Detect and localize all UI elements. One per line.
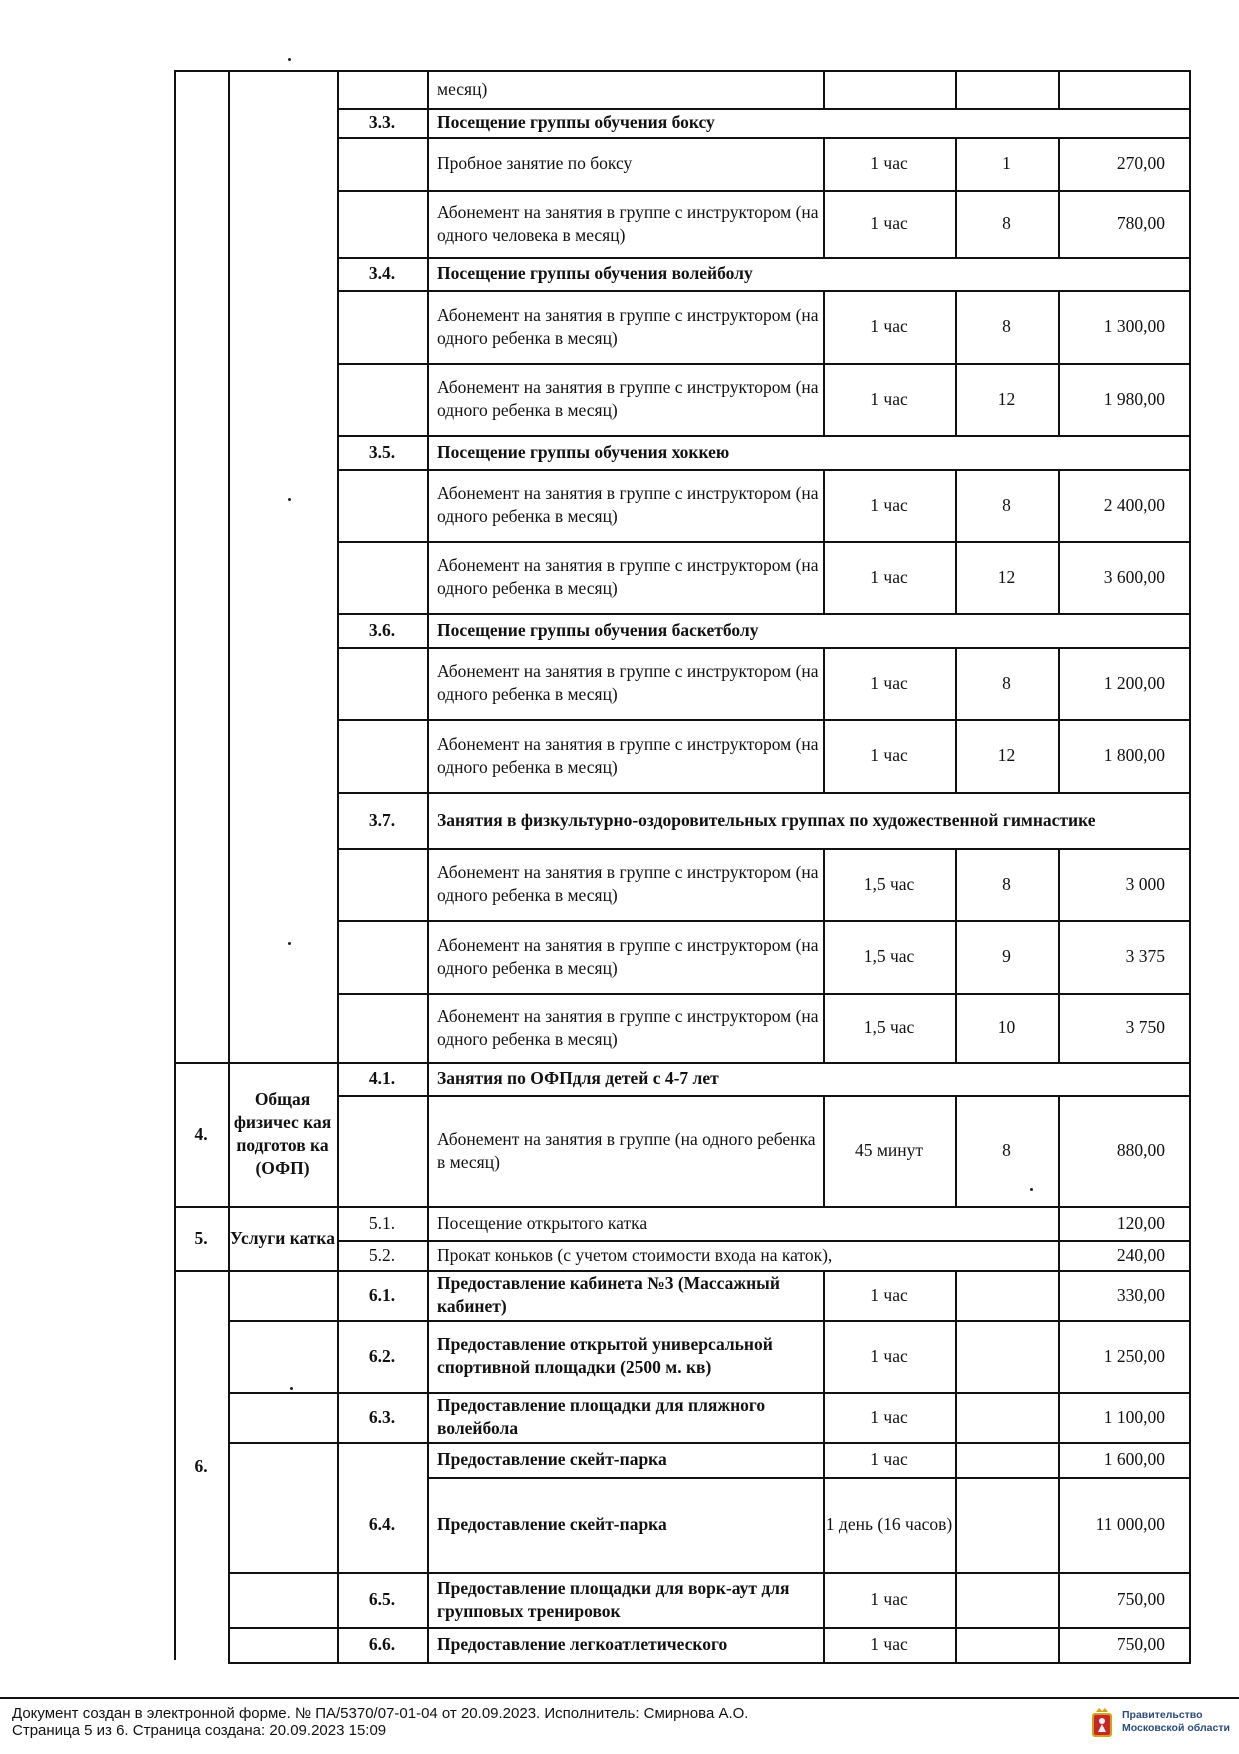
column-border bbox=[823, 1442, 825, 1479]
column-border bbox=[823, 848, 825, 922]
service-description: Предоставление скейт-парка bbox=[427, 1442, 823, 1477]
column-border bbox=[427, 1320, 429, 1394]
service-description: Абонемент на занятия в группе (на одного… bbox=[427, 1095, 823, 1206]
section-number: 5. bbox=[174, 1206, 228, 1270]
column-border bbox=[823, 1572, 825, 1629]
price-cell: 11 000,00 bbox=[1058, 1477, 1189, 1572]
price-cell: 1 300,00 bbox=[1058, 290, 1189, 363]
row-number: 5.2. bbox=[337, 1240, 427, 1270]
column-border bbox=[955, 993, 957, 1064]
column-border bbox=[1058, 70, 1060, 110]
service-description: Абонемент на занятия в группе с инструкт… bbox=[427, 290, 823, 363]
column-border bbox=[955, 1627, 957, 1664]
column-border bbox=[823, 290, 825, 365]
row-number: 3.4. bbox=[337, 257, 427, 290]
section-number: 4. bbox=[174, 1062, 228, 1206]
row-border bbox=[228, 1392, 337, 1394]
column-border bbox=[1058, 1270, 1060, 1322]
merged-cell-cover bbox=[339, 1476, 427, 1480]
column-border bbox=[1058, 541, 1060, 615]
scan-artifact-dot bbox=[1030, 1188, 1033, 1191]
column-border bbox=[955, 1477, 957, 1574]
row-number bbox=[337, 541, 427, 613]
duration-cell: 1 час bbox=[823, 469, 955, 541]
column-border bbox=[427, 1270, 429, 1322]
service-description: Абонемент на занятия в группе с инструкт… bbox=[427, 647, 823, 719]
merged-cell-cover bbox=[230, 1476, 337, 1480]
price-cell: 3 600,00 bbox=[1058, 541, 1189, 613]
column-border bbox=[955, 647, 957, 721]
column-border bbox=[955, 1442, 957, 1479]
column-border bbox=[427, 290, 429, 365]
row-number: 6.2. bbox=[337, 1320, 427, 1392]
column-border bbox=[427, 1442, 429, 1479]
sessions-count-cell bbox=[955, 1392, 1058, 1442]
sessions-count-cell: 8 bbox=[955, 1095, 1058, 1206]
column-border bbox=[955, 848, 957, 922]
duration-cell: 1 час bbox=[823, 719, 955, 792]
column-border bbox=[1058, 1477, 1060, 1574]
sessions-count-cell: 12 bbox=[955, 541, 1058, 613]
duration-cell: 1 день (16 часов) bbox=[823, 1477, 955, 1572]
column-border bbox=[823, 469, 825, 543]
scan-artifact-dot bbox=[288, 498, 291, 501]
column-border bbox=[823, 719, 825, 794]
section-title: Услуги катка bbox=[228, 1206, 337, 1270]
duration-cell: 45 минут bbox=[823, 1095, 955, 1206]
column-border bbox=[427, 541, 429, 615]
duration-cell: 1,5 час bbox=[823, 920, 955, 993]
column-border bbox=[1058, 363, 1060, 437]
column-border bbox=[1058, 1095, 1060, 1208]
column-border bbox=[427, 257, 429, 292]
row-number: 6.3. bbox=[337, 1392, 427, 1442]
column-border bbox=[427, 1627, 429, 1664]
section-heading: Посещение группы обучения боксу bbox=[427, 108, 1189, 137]
sessions-count-cell bbox=[955, 70, 1058, 108]
table-bottom-border bbox=[228, 1662, 1191, 1664]
service-description: Абонемент на занятия в группе с инструкт… bbox=[427, 363, 823, 435]
column-border bbox=[823, 363, 825, 437]
price-cell: 3 000 bbox=[1058, 848, 1189, 920]
column-border bbox=[427, 190, 429, 259]
column-border bbox=[1058, 1320, 1060, 1394]
column-border bbox=[1058, 920, 1060, 995]
column-border bbox=[427, 1240, 429, 1272]
service-description: Предоставление скейт-парка bbox=[427, 1477, 823, 1572]
table-top-border bbox=[174, 70, 1191, 72]
column-border bbox=[337, 70, 339, 1664]
price-cell: 330,00 bbox=[1058, 1270, 1189, 1320]
footer-document-info: Документ создан в электронной форме. № П… bbox=[12, 1705, 748, 1739]
section-title bbox=[228, 1270, 337, 1662]
row-number bbox=[337, 70, 427, 108]
column-border bbox=[1058, 1206, 1060, 1242]
row-number: 3.5. bbox=[337, 435, 427, 469]
duration-cell: 1 час bbox=[823, 363, 955, 435]
column-border bbox=[1058, 290, 1060, 365]
sessions-count-cell: 9 bbox=[955, 920, 1058, 993]
table-right-border bbox=[1189, 70, 1191, 1664]
column-border bbox=[427, 70, 429, 110]
price-cell: 1 600,00 bbox=[1058, 1442, 1189, 1477]
service-description: Абонемент на занятия в группе с инструкт… bbox=[427, 920, 823, 993]
service-description: Предоставление площадки для ворк-аут для… bbox=[427, 1572, 823, 1627]
price-cell: 780,00 bbox=[1058, 190, 1189, 257]
row-border bbox=[228, 1320, 337, 1322]
service-description: Предоставление легкоатлетического bbox=[427, 1627, 823, 1662]
column-border bbox=[823, 647, 825, 721]
column-border bbox=[1058, 1240, 1060, 1272]
row-number: 3.7. bbox=[337, 792, 427, 848]
scan-artifact-dot bbox=[290, 1387, 293, 1390]
duration-cell: 1 час bbox=[823, 1572, 955, 1627]
service-description: Абонемент на занятия в группе с инструкт… bbox=[427, 469, 823, 541]
column-border bbox=[427, 1095, 429, 1208]
row-border bbox=[228, 1627, 337, 1629]
column-border bbox=[823, 1627, 825, 1664]
column-border bbox=[955, 70, 957, 110]
row-number: 6.5. bbox=[337, 1572, 427, 1627]
scan-artifact-dot bbox=[288, 942, 291, 945]
sessions-count-cell: 8 bbox=[955, 848, 1058, 920]
column-border bbox=[1058, 993, 1060, 1064]
moscow-oblast-coat-of-arms-icon bbox=[1090, 1706, 1114, 1738]
duration-cell: 1,5 час bbox=[823, 993, 955, 1062]
price-cell: 3 375 bbox=[1058, 920, 1189, 993]
row-number: 6.6. bbox=[337, 1627, 427, 1662]
row-number: 3.6. bbox=[337, 613, 427, 647]
section-heading: Занятия по ОФПдля детей с 4-7 лет bbox=[427, 1062, 1189, 1095]
row-number: 5.1. bbox=[337, 1206, 427, 1240]
row-number bbox=[337, 1442, 427, 1477]
price-cell: 1 250,00 bbox=[1058, 1320, 1189, 1392]
column-border bbox=[427, 1392, 429, 1444]
column-border bbox=[955, 719, 957, 794]
price-cell: 270,00 bbox=[1058, 137, 1189, 190]
section-heading: Посещение группы обучения хоккею bbox=[427, 435, 1189, 469]
duration-cell: 1 час bbox=[823, 190, 955, 257]
column-border bbox=[823, 1477, 825, 1574]
duration-cell: 1,5 час bbox=[823, 848, 955, 920]
column-border bbox=[1058, 848, 1060, 922]
column-border bbox=[1058, 1442, 1060, 1479]
service-description: Абонемент на занятия в группе с инструкт… bbox=[427, 993, 823, 1062]
column-border bbox=[1058, 1392, 1060, 1444]
column-border bbox=[823, 993, 825, 1064]
row-number: 3.3. bbox=[337, 108, 427, 137]
row-border bbox=[228, 1572, 337, 1574]
sessions-count-cell: 8 bbox=[955, 290, 1058, 363]
row-number bbox=[337, 137, 427, 190]
sessions-count-cell bbox=[955, 1320, 1058, 1392]
row-number bbox=[337, 647, 427, 719]
price-cell: 750,00 bbox=[1058, 1572, 1189, 1627]
column-border bbox=[955, 541, 957, 615]
column-border bbox=[1058, 647, 1060, 721]
column-border bbox=[427, 435, 429, 471]
column-border bbox=[955, 190, 957, 259]
section-title: Общая физичес кая подготов ка (ОФП) bbox=[228, 1062, 337, 1206]
row-number bbox=[337, 848, 427, 920]
service-description: Абонемент на занятия в группе с инструкт… bbox=[427, 848, 823, 920]
column-border bbox=[955, 1320, 957, 1394]
service-description: Абонемент на занятия в группе с инструкт… bbox=[427, 541, 823, 613]
service-description: Предоставление открытой универсальной сп… bbox=[427, 1320, 823, 1392]
column-border bbox=[955, 1270, 957, 1322]
service-description: Предоставление площадки для пляжного вол… bbox=[427, 1392, 823, 1442]
column-border bbox=[823, 70, 825, 110]
price-cell: 750,00 bbox=[1058, 1627, 1189, 1662]
row-number bbox=[337, 920, 427, 993]
column-border bbox=[427, 1062, 429, 1097]
row-number bbox=[337, 1095, 427, 1206]
section-heading: Занятия в физкультурно-оздоровительных г… bbox=[427, 792, 1189, 848]
column-border bbox=[1058, 137, 1060, 192]
column-border bbox=[427, 1206, 429, 1242]
logo-text: Правительство Московской области bbox=[1122, 1709, 1230, 1735]
column-border bbox=[955, 1392, 957, 1444]
footer-divider bbox=[0, 1697, 1239, 1699]
column-border bbox=[823, 1095, 825, 1208]
price-cell: 3 750 bbox=[1058, 993, 1189, 1062]
duration-cell: 1 час bbox=[823, 1320, 955, 1392]
row-number: 6.4. bbox=[337, 1477, 427, 1572]
column-border bbox=[823, 920, 825, 995]
duration-cell: 1 час bbox=[823, 647, 955, 719]
row-number bbox=[337, 719, 427, 792]
section-heading: Посещение группы обучения волейболу bbox=[427, 257, 1189, 290]
column-border bbox=[427, 647, 429, 721]
duration-cell: 1 час bbox=[823, 1442, 955, 1477]
sessions-count-cell bbox=[955, 1442, 1058, 1477]
column-border bbox=[823, 1392, 825, 1444]
row-number bbox=[337, 190, 427, 257]
column-border bbox=[823, 137, 825, 192]
price-cell: 120,00 bbox=[1058, 1206, 1189, 1240]
sessions-count-cell bbox=[955, 1477, 1058, 1572]
column-border bbox=[427, 719, 429, 794]
column-border bbox=[427, 363, 429, 437]
duration-cell: 1 час bbox=[823, 1270, 955, 1320]
column-border bbox=[1058, 190, 1060, 259]
price-cell: 1 980,00 bbox=[1058, 363, 1189, 435]
price-cell bbox=[1058, 70, 1189, 108]
column-border bbox=[1058, 1627, 1060, 1664]
column-border bbox=[427, 920, 429, 995]
government-logo: Правительство Московской области bbox=[1090, 1706, 1230, 1738]
column-border bbox=[427, 108, 429, 139]
column-border bbox=[427, 1477, 429, 1574]
duration-cell: 1 час bbox=[823, 137, 955, 190]
row-number: 6.1. bbox=[337, 1270, 427, 1320]
price-cell: 880,00 bbox=[1058, 1095, 1189, 1206]
column-border bbox=[955, 1095, 957, 1208]
service-description: Прокат коньков (с учетом стоимости входа… bbox=[427, 1240, 1058, 1270]
column-border bbox=[1058, 719, 1060, 794]
row-border bbox=[228, 1442, 337, 1444]
column-border bbox=[427, 848, 429, 922]
sessions-count-cell bbox=[955, 1572, 1058, 1627]
duration-cell: 1 час bbox=[823, 1392, 955, 1442]
sessions-count-cell: 12 bbox=[955, 363, 1058, 435]
price-cell: 240,00 bbox=[1058, 1240, 1189, 1270]
sessions-count-cell: 1 bbox=[955, 137, 1058, 190]
column-border bbox=[823, 541, 825, 615]
column-border bbox=[823, 1270, 825, 1322]
sessions-count-cell bbox=[955, 1270, 1058, 1320]
sessions-count-cell bbox=[955, 1627, 1058, 1662]
section-heading: Посещение группы обучения баскетболу bbox=[427, 613, 1189, 647]
column-border bbox=[427, 469, 429, 543]
row-number bbox=[337, 469, 427, 541]
price-cell: 1 800,00 bbox=[1058, 719, 1189, 792]
row-number bbox=[337, 363, 427, 435]
sessions-count-cell: 8 bbox=[955, 647, 1058, 719]
sessions-count-cell: 12 bbox=[955, 719, 1058, 792]
price-cell: 1 100,00 bbox=[1058, 1392, 1189, 1442]
column-border bbox=[427, 613, 429, 649]
service-description: Абонемент на занятия в группе с инструкт… bbox=[427, 190, 823, 257]
service-description: Предоставление кабинета №3 (Массажный ка… bbox=[427, 1270, 823, 1320]
column-border bbox=[955, 1572, 957, 1629]
price-cell: 2 400,00 bbox=[1058, 469, 1189, 541]
row-number bbox=[337, 993, 427, 1062]
column-border bbox=[427, 1572, 429, 1629]
duration-cell: 1 час bbox=[823, 541, 955, 613]
sessions-count-cell: 10 bbox=[955, 993, 1058, 1062]
price-cell: 1 200,00 bbox=[1058, 647, 1189, 719]
scan-artifact-dot bbox=[288, 58, 291, 61]
column-border bbox=[955, 920, 957, 995]
service-description: Пробное занятие по боксу bbox=[427, 137, 823, 190]
column-border bbox=[955, 137, 957, 192]
service-description: Абонемент на занятия в группе с инструкт… bbox=[427, 719, 823, 792]
row-number: 4.1. bbox=[337, 1062, 427, 1095]
section-number: 6. bbox=[174, 1270, 228, 1662]
duration-cell bbox=[823, 70, 955, 108]
column-border bbox=[427, 792, 429, 850]
row-number bbox=[337, 290, 427, 363]
service-description: Посещение открытого катка bbox=[427, 1206, 1058, 1240]
column-border bbox=[1058, 1572, 1060, 1629]
sessions-count-cell: 8 bbox=[955, 190, 1058, 257]
column-border bbox=[427, 137, 429, 192]
column-border bbox=[955, 469, 957, 543]
column-border bbox=[955, 363, 957, 437]
column-border bbox=[955, 290, 957, 365]
duration-cell: 1 час bbox=[823, 290, 955, 363]
service-description: месяц) bbox=[427, 70, 823, 108]
column-border bbox=[823, 1320, 825, 1394]
column-border bbox=[427, 993, 429, 1064]
column-border bbox=[1058, 469, 1060, 543]
column-border bbox=[823, 190, 825, 259]
duration-cell: 1 час bbox=[823, 1627, 955, 1662]
sessions-count-cell: 8 bbox=[955, 469, 1058, 541]
